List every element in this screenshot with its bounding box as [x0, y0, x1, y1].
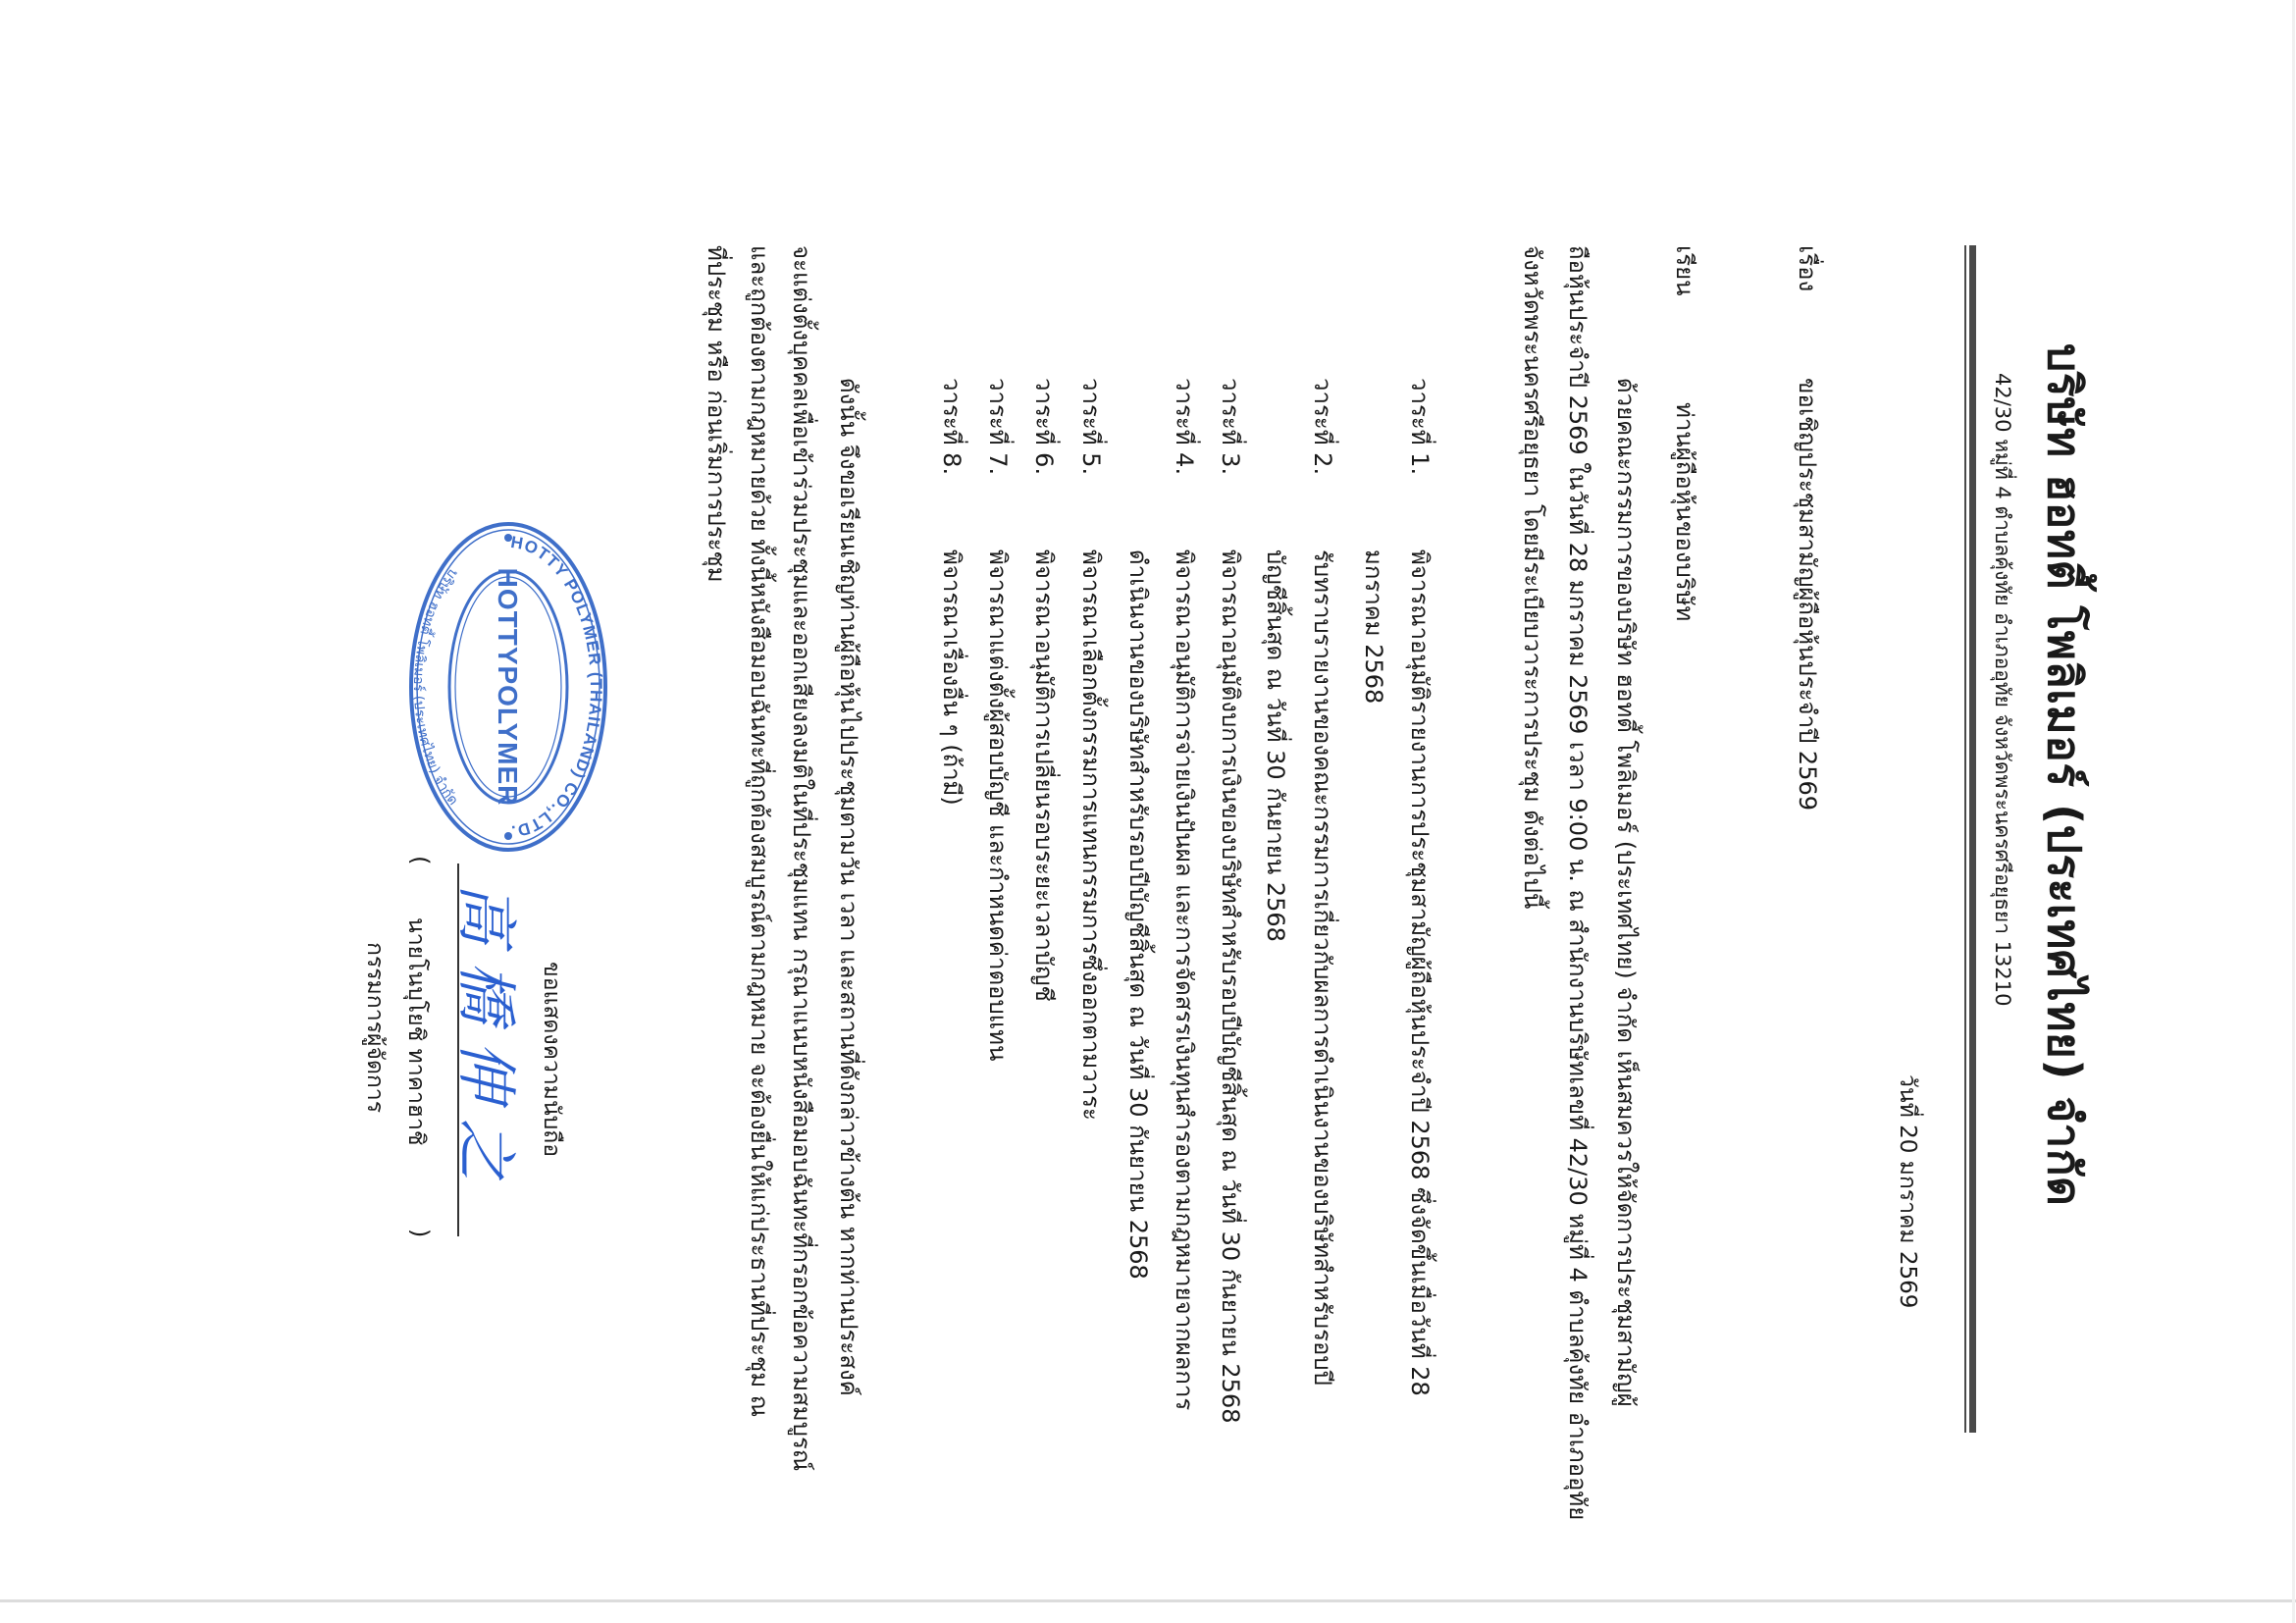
paren-open: ( — [406, 856, 434, 864]
agenda-3-text: พิจารณาอนุมัติงบการเงินของบริษัทสำหรับรอ… — [1212, 550, 1250, 1423]
agenda-2-text-cont: บัญชีสิ้นสุด ณ วันที่ 30 กันยายน 2568 — [1257, 550, 1295, 942]
header-rule — [1969, 245, 1976, 1433]
agenda-5-text: พิจารณาเลือกตั้งกรรมการแทนกรรมการซึ่งออก… — [1072, 550, 1111, 1121]
closing-line: จะแต่งตั้งบุคคลเพื่อเข้าร่วมประชุมและออก… — [783, 245, 821, 1471]
agenda-3-label: วาระที่ 3. — [1212, 378, 1250, 475]
svg-text:บริษัท ฮอทตี้ โพลิเมอร์ (ประเท: บริษัท ฮอทตี้ โพลิเมอร์ (ประเทศไทย) จำกั… — [410, 565, 461, 809]
company-stamp: HOTTY POLYMER (THAILAND) CO.,LTD. บริษัท… — [407, 520, 608, 854]
agenda-6-text: พิจารณาอนุมัติการเปลี่ยนรอบระยะเวลาบัญชี — [1025, 550, 1064, 1002]
agenda-4-text: พิจารณาอนุมัติการจ่ายเงินปันผล และการจัด… — [1166, 550, 1204, 1410]
company-address: 42/30 หมู่ที่ 4 ตำบลคุ้งทัย อำเภออุทัย จ… — [1986, 373, 2018, 1007]
company-name: บริษัท ฮอทตี้ โพลิเมอร์ (ประเทศไทย) จำกั… — [2028, 343, 2100, 1206]
agenda-1-text-cont: มกราคม 2568 — [1355, 550, 1393, 704]
agenda-4-label: วาระที่ 4. — [1166, 378, 1204, 475]
closing-line: ดังนั้น จึงขอเรียนเชิญท่านผู้ถือหุ้นไปปร… — [830, 378, 868, 1396]
agenda-1-text: พิจารณาอนุมัติรายงานการประชุมสามัญผู้ถือ… — [1401, 550, 1439, 1396]
recipient-label: เรียน — [1666, 245, 1704, 296]
agenda-1-label: วาระที่ 1. — [1401, 378, 1439, 475]
agenda-7-label: วาระที่ 7. — [979, 378, 1018, 475]
agenda-8-text: พิจารณาเรื่องอื่น ๆ (ถ้ามี) — [933, 550, 971, 806]
letter-date: วันที่ 20 มกราคม 2569 — [1890, 1074, 1925, 1308]
signer-name: นายโนบุโยชิ ทาคาฮาชิ — [398, 917, 434, 1145]
closing-line: และถูกต้องตามกฎหมายด้วย ทั้งนี้หนังสือมอ… — [741, 245, 779, 1417]
recipient-text: ท่านผู้ถือหุ้นของบริษัท — [1666, 402, 1704, 621]
agenda-2-label: วาระที่ 2. — [1304, 378, 1342, 475]
closing-regards: ขอแสดงความนับถือ — [534, 962, 569, 1157]
subject-text: ขอเชิญประชุมสามัญผู้ถือหุ้นประจำปี 2569 — [1789, 378, 1827, 811]
agenda-2-text: รับทราบรายงานของคณะกรรมการเกี่ยวกับผลการ… — [1304, 550, 1342, 1386]
svg-text:HOTTY POLYMER (THAILAND) CO.,L: HOTTY POLYMER (THAILAND) CO.,LTD. — [509, 533, 605, 841]
signature-line — [457, 864, 459, 1236]
header-rule-thin — [1964, 245, 1966, 1433]
body-line: ถือหุ้นประจำปี 2569 ในวันที่ 28 มกราคม 2… — [1559, 245, 1597, 1520]
signer-title: กรรมการผู้จัดการ — [357, 942, 392, 1113]
handwritten-signature: 高橋伸之 — [447, 883, 535, 1197]
body-line: ด้วยคณะกรรมการของบริษัท ฮอทตี้ โพลิเมอร์… — [1607, 378, 1645, 1407]
stamp-outer-text-th: บริษัท ฮอทตี้ โพลิเมอร์ (ประเทศไทย) จำกั… — [410, 565, 461, 809]
letter-page: บริษัท ฮอทตี้ โพลิเมอร์ (ประเทศไทย) จำกั… — [0, 0, 2296, 1623]
subject-label: เรื่อง — [1789, 245, 1827, 291]
stamp-center-text: HOTTYPOLYMER — [493, 568, 523, 807]
agenda-4-text-cont: ดำเนินงานของบริษัทสำหรับรอบปีบัญชีสิ้นสุ… — [1120, 550, 1158, 1280]
agenda-7-text: พิจารณาแต่งตั้งผู้สอบบัญชี และกำหนดค่าตอ… — [979, 550, 1018, 1061]
agenda-8-label: วาระที่ 8. — [933, 378, 971, 475]
paren-close: ) — [406, 1229, 434, 1237]
stamp-outer-text-en: HOTTY POLYMER (THAILAND) CO.,LTD. — [509, 533, 605, 841]
agenda-5-label: วาระที่ 5. — [1072, 378, 1111, 475]
body-line: จังหวัดพระนครศรีอยุธยา โดยมีระเบียบวาระก… — [1514, 245, 1552, 909]
closing-line: ที่ประชุม หรือ ก่อนเริ่มการประชุม — [698, 245, 736, 583]
agenda-6-label: วาระที่ 6. — [1025, 378, 1064, 475]
